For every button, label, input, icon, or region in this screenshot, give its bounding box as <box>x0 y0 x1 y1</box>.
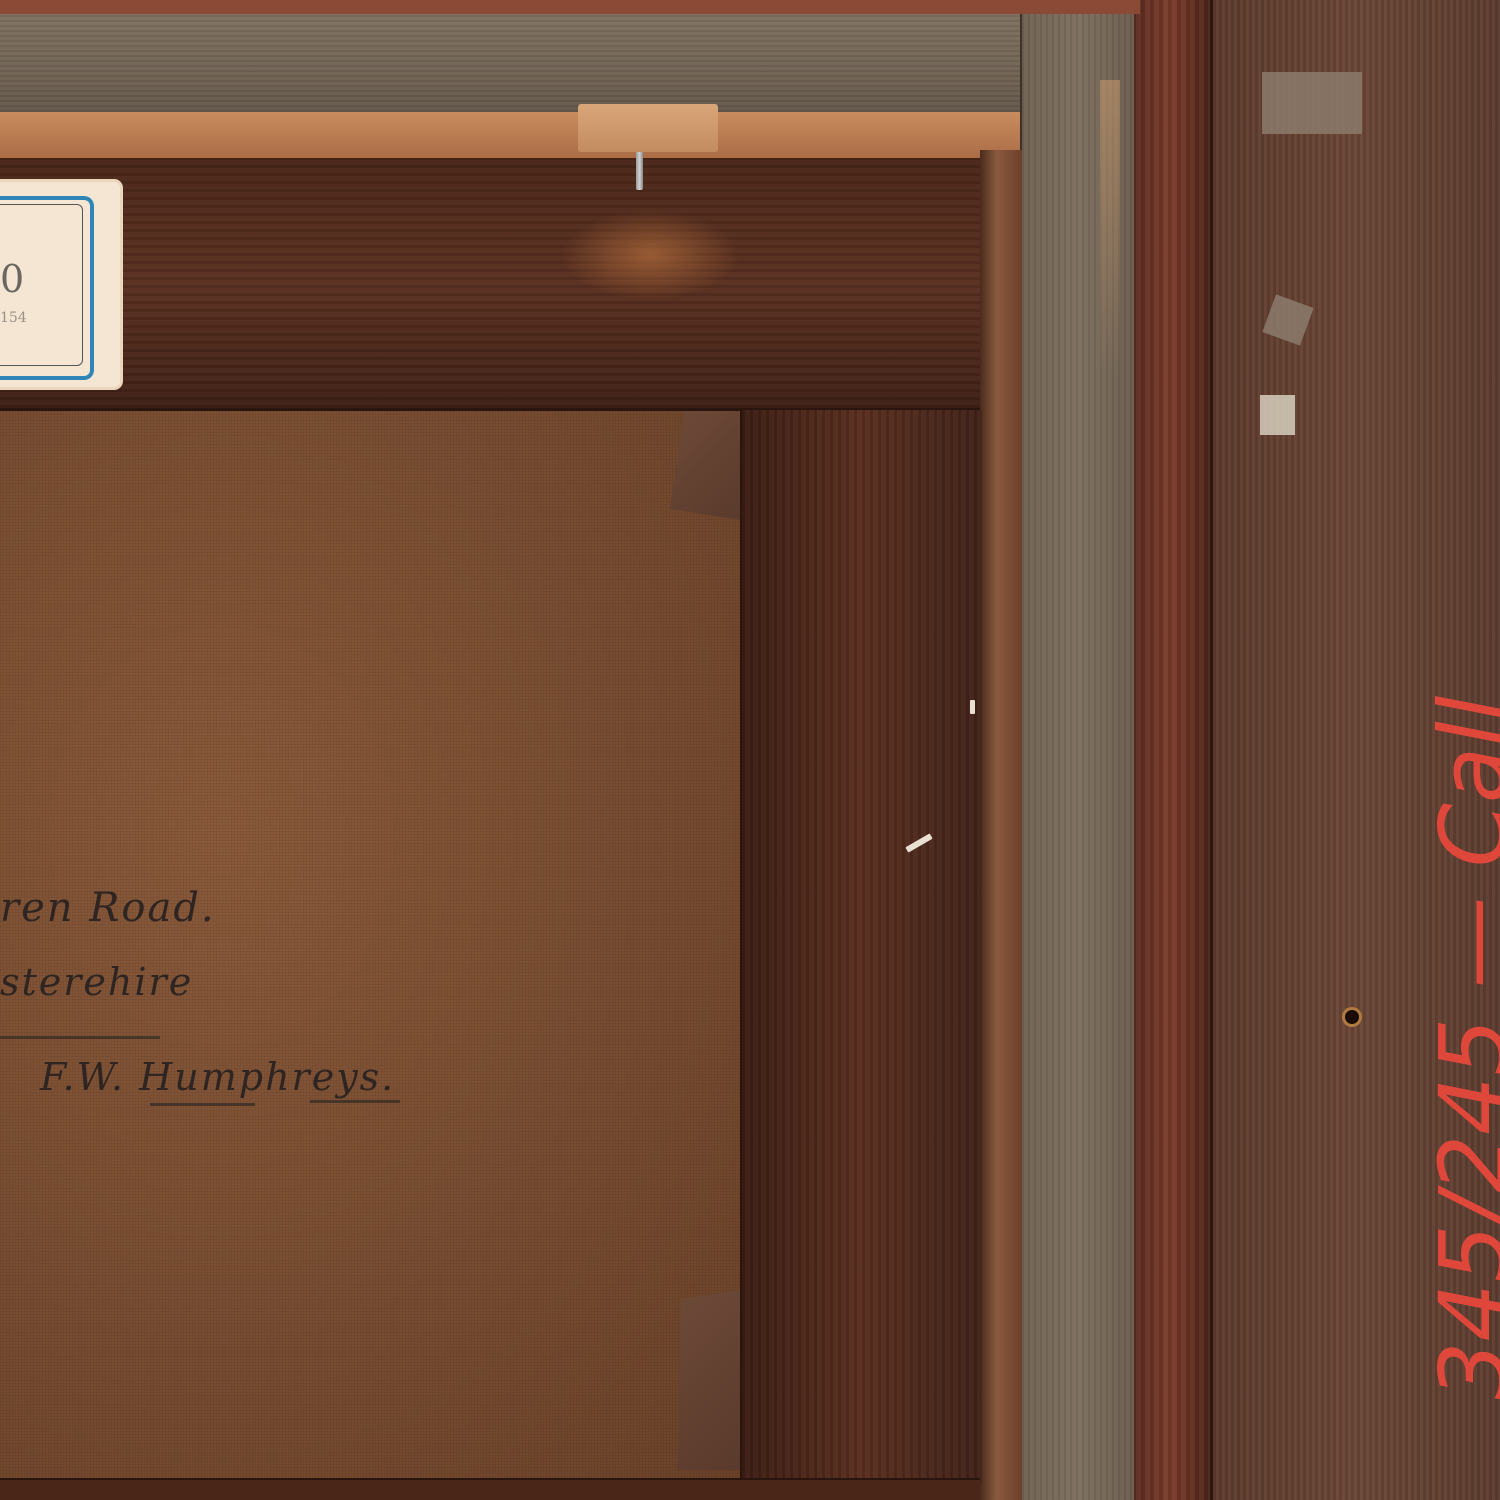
stretcher-top-bar <box>0 158 980 411</box>
frame-top-rail <box>0 14 1130 114</box>
label-subtext: 154 <box>0 310 27 326</box>
chalk-inscription-2: Lame <box>1490 107 1500 300</box>
canvas-reverse <box>0 408 742 1480</box>
screw-hole <box>1345 1010 1359 1024</box>
inscription-line-2: sterehire <box>0 960 193 1004</box>
inscription-underline <box>0 1036 160 1039</box>
paper-scrap <box>1262 72 1362 134</box>
signature-underline <box>310 1100 400 1103</box>
frame-wear <box>1100 80 1120 380</box>
chalk-inscription: 345/245 — Call <box>1420 696 1500 1400</box>
inscription-line-1: ren Road. <box>0 885 216 931</box>
frame-rabbet-top <box>0 112 1020 162</box>
signature-underline <box>150 1103 255 1106</box>
wood-wear <box>560 210 740 300</box>
collection-label: 0 154 <box>0 182 120 387</box>
frame-top-edge <box>0 0 1140 14</box>
paint-speck <box>970 700 975 714</box>
stretcher-bottom-bar <box>0 1478 980 1500</box>
nail <box>636 150 643 190</box>
frame-rabbet-right <box>980 150 1022 1500</box>
paper-scrap <box>1260 395 1295 435</box>
stretcher-right-bar <box>740 410 982 1485</box>
canvas-corner-fold <box>670 1290 742 1470</box>
inscription-signature: F.W. Humphreys. <box>40 1055 395 1099</box>
frame-outer-strip <box>1132 0 1210 1500</box>
label-number: 0 <box>0 257 24 301</box>
cork-pad <box>578 104 718 152</box>
